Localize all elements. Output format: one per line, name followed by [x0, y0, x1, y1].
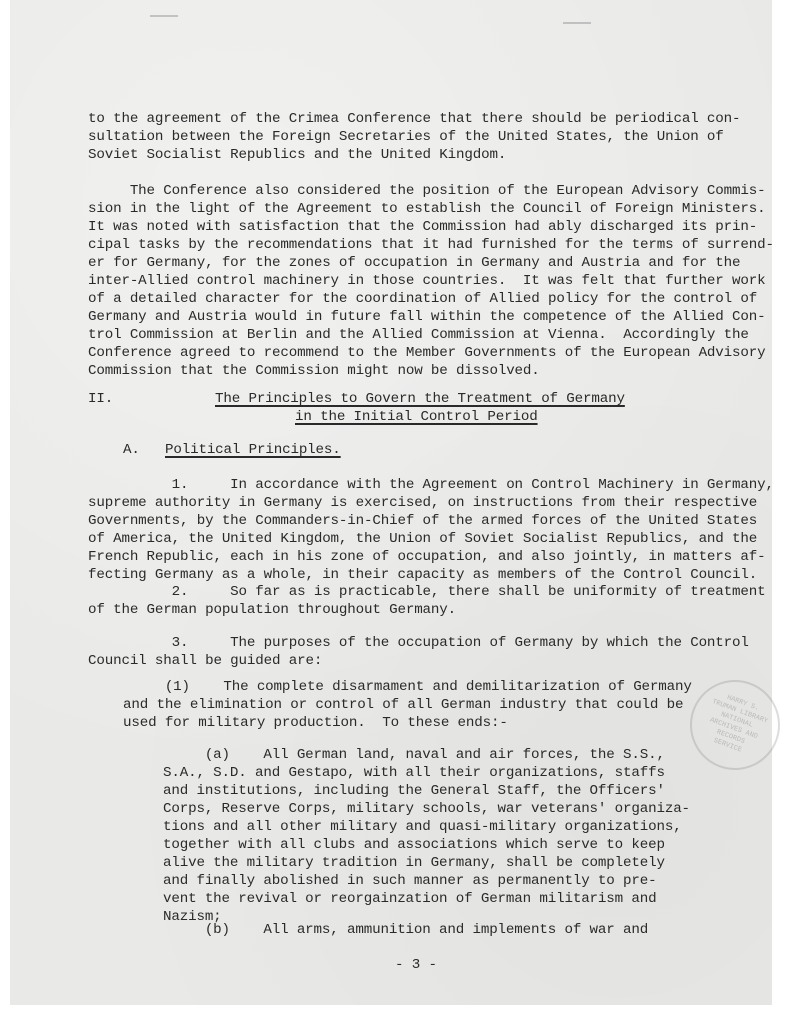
subsection-letter: A. — [123, 441, 140, 459]
text-line: 1. In accordance with the Agreement on C… — [88, 476, 774, 494]
text-line: sultation between the Foreign Secretarie… — [88, 128, 724, 146]
text-line: trol Commission at Berlin and the Allied… — [88, 326, 749, 344]
text-line: French Republic, each in his zone of occ… — [88, 548, 765, 566]
text-line: er for Germany, for the zones of occupat… — [88, 254, 740, 272]
text-line: vent the revival or reorgainzation of Ge… — [163, 890, 656, 908]
text-line: (1) The complete disarmament and demilit… — [123, 678, 692, 696]
text-line: S.A., S.D. and Gestapo, with all their o… — [163, 764, 665, 782]
text-line: supreme authority in Germany is exercise… — [88, 494, 757, 512]
text-line: Conference agreed to recommend to the Me… — [88, 344, 765, 362]
archive-stamp: HARRY S. TRUMAN LIBRARY NATIONAL ARCHIVE… — [677, 667, 785, 782]
text-line: and the elimination or control of all Ge… — [123, 696, 683, 714]
text-line: Governments, by the Commanders-in-Chief … — [88, 512, 757, 530]
section-title-line2: in the Initial Control Period — [295, 408, 538, 426]
text-line: together with all clubs and associations… — [163, 836, 665, 854]
text-line: of America, the United Kingdom, the Unio… — [88, 530, 757, 548]
text-line: Council shall be guided are: — [88, 652, 322, 670]
staple-mark-left — [150, 15, 178, 17]
text-line: of a detailed character for the coordina… — [88, 290, 757, 308]
text-line: inter-Allied control machinery in those … — [88, 272, 765, 290]
text-line: 3. The purposes of the occupation of Ger… — [88, 634, 749, 652]
text-line: to the agreement of the Crimea Conferenc… — [88, 110, 740, 128]
text-line: 2. So far as is practicable, there shall… — [88, 583, 765, 601]
page-number: - 3 - — [395, 956, 437, 974]
text-line: (a) All German land, naval and air force… — [163, 746, 665, 764]
item-b: (b) All arms, ammunition and implements … — [163, 921, 648, 939]
text-line: used for military production. To these e… — [123, 714, 508, 732]
subsection-title: Political Principles. — [165, 441, 341, 459]
document-page: to the agreement of the Crimea Conferenc… — [10, 0, 772, 1005]
text-line: of the German population throughout Germ… — [88, 601, 456, 619]
text-line: Commission that the Commission might now… — [88, 362, 540, 380]
section-title-line1: The Principles to Govern the Treatment o… — [215, 390, 625, 408]
staple-mark-right — [563, 22, 591, 24]
text-line: and finally abolished in such manner as … — [163, 872, 656, 890]
text-line: Germany and Austria would in future fall… — [88, 308, 765, 326]
text-line: Corps, Reserve Corps, military schools, … — [163, 800, 690, 818]
text-line: cipal tasks by the recommendations that … — [88, 236, 774, 254]
text-line: Soviet Socialist Republics and the Unite… — [88, 146, 506, 164]
text-line: It was noted with satisfaction that the … — [88, 218, 757, 236]
text-line: tions and all other military and quasi-m… — [163, 818, 682, 836]
text-line: alive the military tradition in Germany,… — [163, 854, 665, 872]
text-line: and institutions, including the General … — [163, 782, 665, 800]
text-line: sion in the light of the Agreement to es… — [88, 200, 765, 218]
text-line: fecting Germany as a whole, in their cap… — [88, 566, 757, 584]
stamp-text: HARRY S. TRUMAN LIBRARY NATIONAL ARCHIVE… — [698, 689, 773, 760]
text-line: The Conference also considered the posit… — [88, 182, 765, 200]
section-number: II. — [88, 390, 113, 408]
